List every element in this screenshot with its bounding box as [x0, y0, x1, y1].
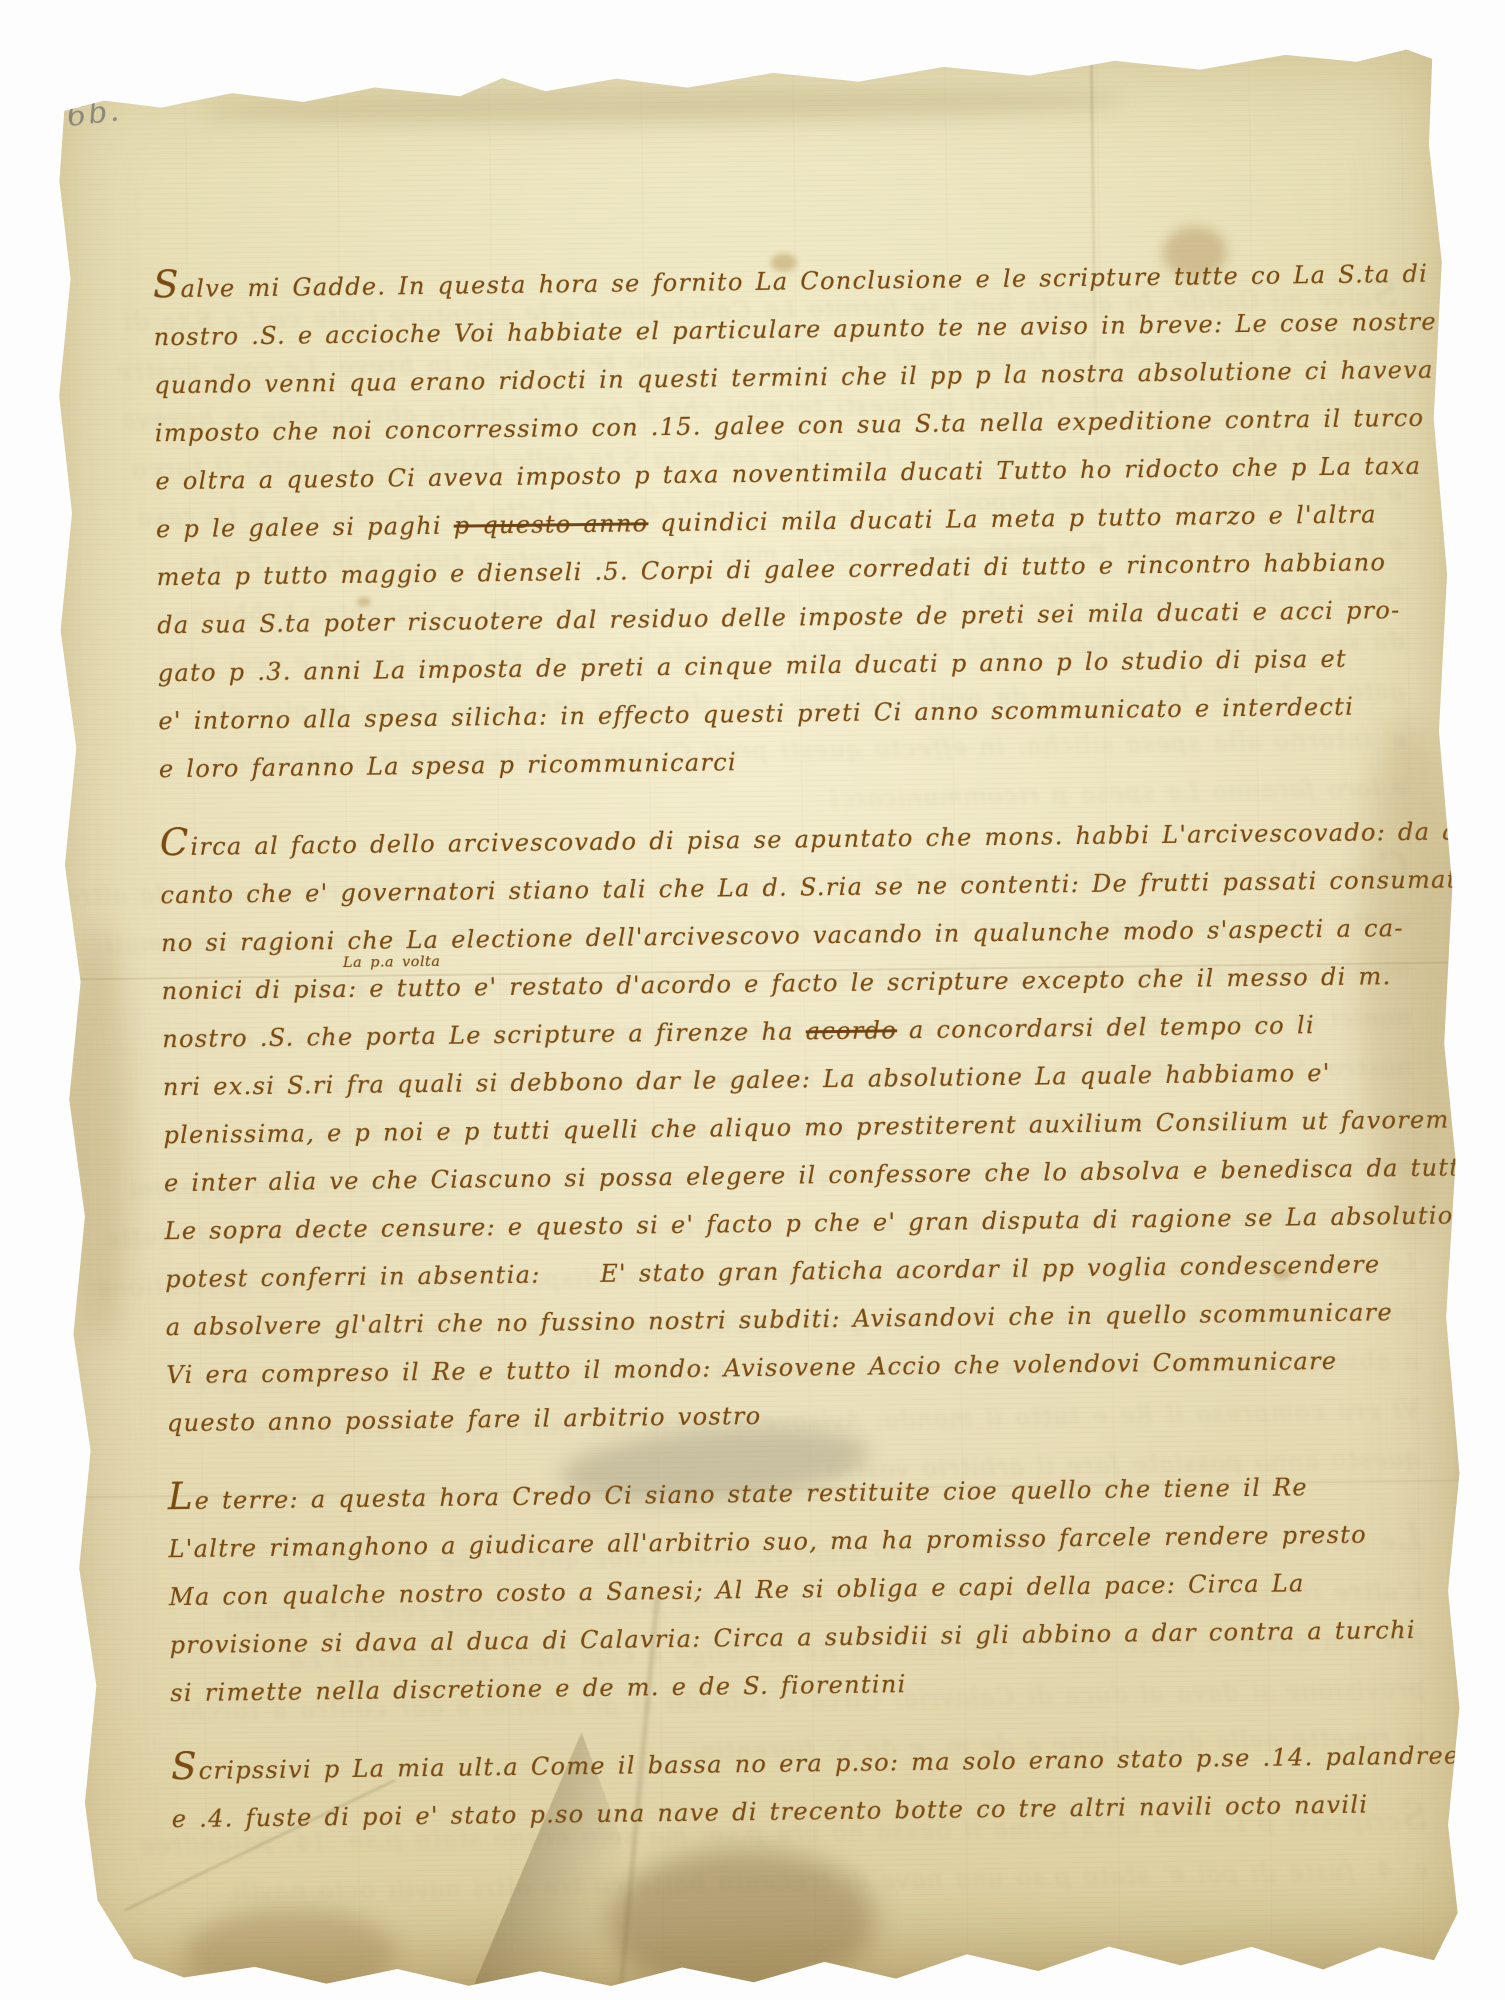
letter-paragraph: Salve mi Gadde. In questa hora se fornit… [153, 250, 1409, 793]
paper-edge-discoloration [203, 83, 1123, 128]
paper-stain [606, 1847, 876, 1996]
line-text: a concordarsi del tempo co li [897, 1011, 1315, 1044]
line-text: e p le galee si paghi [156, 512, 454, 544]
struck-text: p questo anno [454, 509, 649, 539]
paper-edge-discoloration [65, 924, 134, 1345]
letter-text: Salve mi Gadde. In questa hora se fornit… [153, 250, 1423, 1873]
archival-folio-note: 6b. [65, 93, 123, 134]
struck-text: acordo [806, 1016, 898, 1045]
paper-stain [185, 1906, 396, 2000]
interlinear-insertion-text: La p.a volta [343, 937, 441, 986]
manuscript-scan: 6b. Salve mi Gadde. In questa hora se fo… [0, 0, 1505, 2000]
line-text: quindici mila ducati La meta p tutto mar… [648, 500, 1377, 537]
letter-paragraph: Le terre: a questa hora Credo Ci siano s… [168, 1462, 1421, 1717]
manuscript-page: 6b. Salve mi Gadde. In questa hora se fo… [32, 27, 1480, 1998]
letter-paragraph: Circa al facto dello arcivescovado di pi… [160, 808, 1418, 1447]
line-text: e tutto e' restato d'acordo e facto le s… [369, 962, 1392, 1002]
line-text: nostro .S. che porta Le scripture a fire… [162, 1017, 806, 1053]
line-text: nonici di pisa: [162, 975, 370, 1006]
letter-paragraph: Scripssivi p La mia ult.a Come il bassa … [171, 1732, 1422, 1843]
